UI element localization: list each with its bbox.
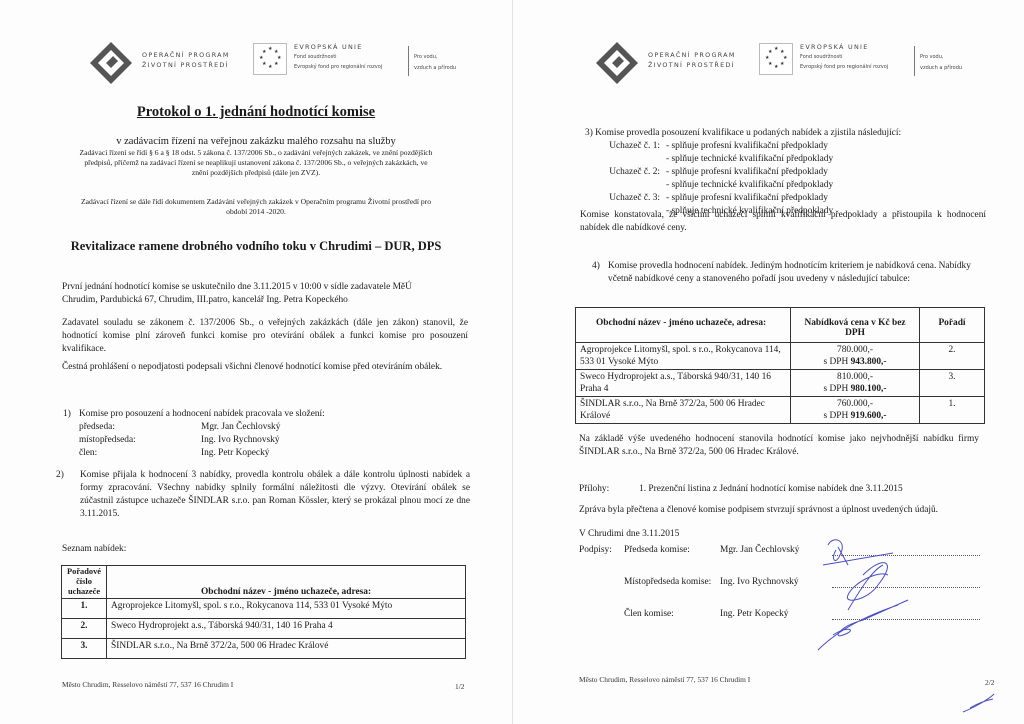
applicant-label: Uchazeč č. 3:: [600, 192, 660, 205]
committee-role: místopředseda:: [79, 434, 136, 447]
vat-label: s DPH: [823, 411, 850, 421]
rank: 2.: [920, 343, 985, 370]
table-header-row: Obchodní název - jméno uchazeče, adresa:…: [576, 308, 985, 343]
qualification-line: - splňuje technické kvalifikační předpok…: [666, 179, 833, 192]
place-date: V Chrudimi dne 3.11.2015: [579, 528, 679, 541]
table-row: ŠINDLAR s.r.o., Na Brně 372/2a, 500 06 H…: [576, 397, 985, 424]
document-page-2: OPERAČNÍ PROGRAM ŽIVOTNÍ PROSTŘEDÍ ★★★ ★…: [512, 0, 1024, 724]
vat-label: s DPH: [823, 384, 850, 394]
page-footer: Město Chrudim, Resselovo náměstí 77, 537…: [62, 680, 233, 689]
evaluation-table: Obchodní název - jméno uchazeče, adresa:…: [575, 307, 985, 424]
offer-name: ŠINDLAR s.r.o., Na Brně 372/2a, 500 06 H…: [107, 639, 466, 659]
page-footer: Město Chrudim, Resselovo náměstí 77, 537…: [579, 675, 750, 684]
motto-text: Pro vodu, vzduch a přírodu: [414, 52, 456, 74]
column-header-name: Obchodní název - jméno uchazeče, adresa:: [576, 308, 791, 343]
item-1-number: 1): [63, 408, 71, 421]
meeting-info-line: První jednání hodnotící komise se uskute…: [62, 281, 412, 294]
applicant-name: ŠINDLAR s.r.o., Na Brně 372/2a, 500 06 H…: [576, 397, 791, 424]
attachments-label: Přílohy:: [579, 483, 609, 496]
signature-role: Předseda komise:: [624, 544, 690, 557]
item-2-number: 2): [56, 469, 64, 482]
legal-text-line: období 2014 -2020.: [0, 207, 512, 217]
header-divider: [408, 46, 409, 76]
column-header-rank: Pořadí: [920, 308, 985, 343]
project-name: Revitalizace ramene drobného vodního tok…: [0, 239, 512, 254]
committee-member-name: Ing. Ivo Rychnovský: [201, 434, 280, 447]
zadavatel-paragraph: Zadavatel souladu se zákonem č. 137/2006…: [62, 317, 468, 356]
signature-name: Ing. Petr Kopecký: [720, 608, 788, 621]
eu-flag-icon: ★★★ ★★ ★★★: [759, 43, 793, 75]
price-without-vat: 810.000,-: [795, 371, 915, 383]
eu-fund-text: EVROPSKÁ UNIE Fond soudržnosti Evropský …: [294, 42, 382, 72]
legal-text-line: Zadávací řízení se řídí § 6 a § 18 odst.…: [0, 148, 512, 158]
signature-role: Místopředseda komise:: [624, 576, 711, 589]
item-3-intro: 3) Komise provedla posouzení kvalifikace…: [585, 127, 901, 140]
meeting-info-line: Chrudim, Pardubická 67, Chrudim, III.pat…: [62, 294, 348, 307]
rank: 3.: [920, 370, 985, 397]
document-title: Protokol o 1. jednání hodnotící komise: [0, 104, 512, 121]
offer-number: 1.: [62, 599, 107, 619]
qualification-line: - splňuje technické kvalifikační předpok…: [666, 153, 833, 166]
price-with-vat: s DPH 943.800,-: [795, 356, 915, 368]
price-with-vat: s DPH 919.600,-: [795, 410, 915, 422]
price-vat-value: 980.100,-: [851, 384, 887, 394]
signature-name: Ing. Ivo Rychnovský: [720, 576, 799, 589]
item-2-text: Komise přijala k hodnocení 3 nabídky, pr…: [80, 469, 470, 521]
applicant-name: Agroprojekce Litomyšl, spol. s r.o., Rok…: [576, 343, 791, 370]
item-4-number: 4): [592, 260, 600, 273]
price-with-vat: s DPH 980.100,-: [795, 383, 915, 395]
column-header-price: Nabídková cena v Kč bez DPH: [791, 308, 920, 343]
document-page-1: OPERAČNÍ PROGRAM ŽIVOTNÍ PROSTŘEDÍ ★★★ ★…: [0, 0, 512, 724]
op-zp-logo-icon: [88, 40, 134, 86]
offer-name: Agroprojekce Litomyšl, spol. s r.o., Rok…: [107, 599, 466, 619]
price-vat-value: 919.600,-: [851, 411, 887, 421]
qualification-conclusion: Komise konstatovala, že všichni uchazeči…: [580, 209, 986, 235]
prohlaseni-paragraph: Čestná prohlášení o nepodjatosti podepsa…: [62, 361, 468, 374]
price-cell: 810.000,-s DPH 980.100,-: [791, 370, 920, 397]
committee-member-name: Mgr. Jan Čechlovský: [201, 421, 280, 434]
table-header-row: Pořadové číslo uchazeče Obchodní název -…: [62, 566, 466, 599]
price-vat-value: 943.800,-: [851, 357, 887, 367]
offers-table: Pořadové číslo uchazeče Obchodní název -…: [61, 565, 466, 659]
offers-list-label: Seznam nabídek:: [62, 543, 126, 556]
legal-text-line: Zadávací řízení se dále řídí dokumentem …: [0, 197, 512, 207]
page-header: OPERAČNÍ PROGRAM ŽIVOTNÍ PROSTŘEDÍ ★★★ ★…: [88, 38, 468, 86]
price-without-vat: 780.000,-: [795, 344, 915, 356]
rank: 1.: [920, 397, 985, 424]
committee-member-name: Ing. Petr Kopecký: [201, 447, 269, 460]
read-statement: Zpráva byla přečtena a členové komise po…: [579, 504, 938, 517]
qualification-line: - splňuje profesní kvalifikační předpokl…: [666, 166, 828, 179]
table-row: Sweco Hydroprojekt a.s., Táborská 940/31…: [576, 370, 985, 397]
signature-role: Člen komise:: [624, 608, 674, 621]
page-number: 2/2: [985, 678, 994, 687]
initials-signature-icon: [958, 690, 998, 716]
item-4-text: Komise provedla hodnocení nabídek. Jedin…: [608, 260, 978, 286]
op-program-name: OPERAČNÍ PROGRAM ŽIVOTNÍ PROSTŘEDÍ: [142, 50, 230, 70]
applicant-name: Sweco Hydroprojekt a.s., Táborská 940/31…: [576, 370, 791, 397]
column-header-number: Pořadové číslo uchazeče: [62, 566, 107, 599]
applicant-label: Uchazeč č. 1:: [600, 140, 660, 153]
qualification-line: - splňuje profesní kvalifikační předpokl…: [666, 192, 828, 205]
table-row: 1.Agroprojekce Litomyšl, spol. s r.o., R…: [62, 599, 466, 619]
header-divider: [914, 46, 915, 76]
table-row: 3.ŠINDLAR s.r.o., Na Brně 372/2a, 500 06…: [62, 639, 466, 659]
price-cell: 760.000,-s DPH 919.600,-: [791, 397, 920, 424]
signatures-label: Podpisy:: [579, 544, 612, 557]
table-row: 2.Sweco Hydroprojekt a.s., Táborská 940/…: [62, 619, 466, 639]
legal-text-line: předpisů, přičemž na zadávací řízení se …: [0, 158, 512, 168]
offer-number: 2.: [62, 619, 107, 639]
offer-number: 3.: [62, 639, 107, 659]
vat-label: s DPH: [823, 357, 850, 367]
document-subtitle: v zadávacím řízení na veřejnou zakázku m…: [0, 136, 512, 148]
handwritten-signature-icon: [808, 535, 938, 655]
eu-flag-icon: ★★★ ★★ ★★★: [253, 43, 287, 75]
page-header: OPERAČNÍ PROGRAM ŽIVOTNÍ PROSTŘEDÍ ★★★ ★…: [594, 38, 974, 86]
item-1-text: Komise pro posouzení a hodnocení nabídek…: [79, 408, 325, 421]
column-header-name: Obchodní název - jméno uchazeče, adresa:: [107, 566, 466, 599]
page-number: 1/2: [455, 682, 464, 691]
op-program-name: OPERAČNÍ PROGRAM ŽIVOTNÍ PROSTŘEDÍ: [648, 50, 736, 70]
result-paragraph: Na základě výše uvedeného hodnocení stan…: [579, 433, 979, 459]
signature-name: Mgr. Jan Čechlovský: [720, 544, 799, 557]
applicant-label: Uchazeč č. 2:: [600, 166, 660, 179]
price-cell: 780.000,-s DPH 943.800,-: [791, 343, 920, 370]
legal-text-line: znění pozdějších předpisů (dále jen ZVZ)…: [0, 168, 512, 178]
table-row: Agroprojekce Litomyšl, spol. s r.o., Rok…: [576, 343, 985, 370]
committee-role: člen:: [79, 447, 97, 460]
eu-fund-text: EVROPSKÁ UNIE Fond soudržnosti Evropský …: [800, 42, 888, 72]
offer-name: Sweco Hydroprojekt a.s., Táborská 940/31…: [107, 619, 466, 639]
qualification-line: - splňuje profesní kvalifikační předpokl…: [666, 140, 828, 153]
op-zp-logo-icon: [594, 40, 640, 86]
attachments-text: 1. Prezenční listina z Jednání hodnotící…: [639, 483, 903, 496]
price-without-vat: 760.000,-: [795, 398, 915, 410]
committee-role: předseda:: [79, 421, 115, 434]
motto-text: Pro vodu, vzduch a přírodu: [920, 52, 962, 74]
